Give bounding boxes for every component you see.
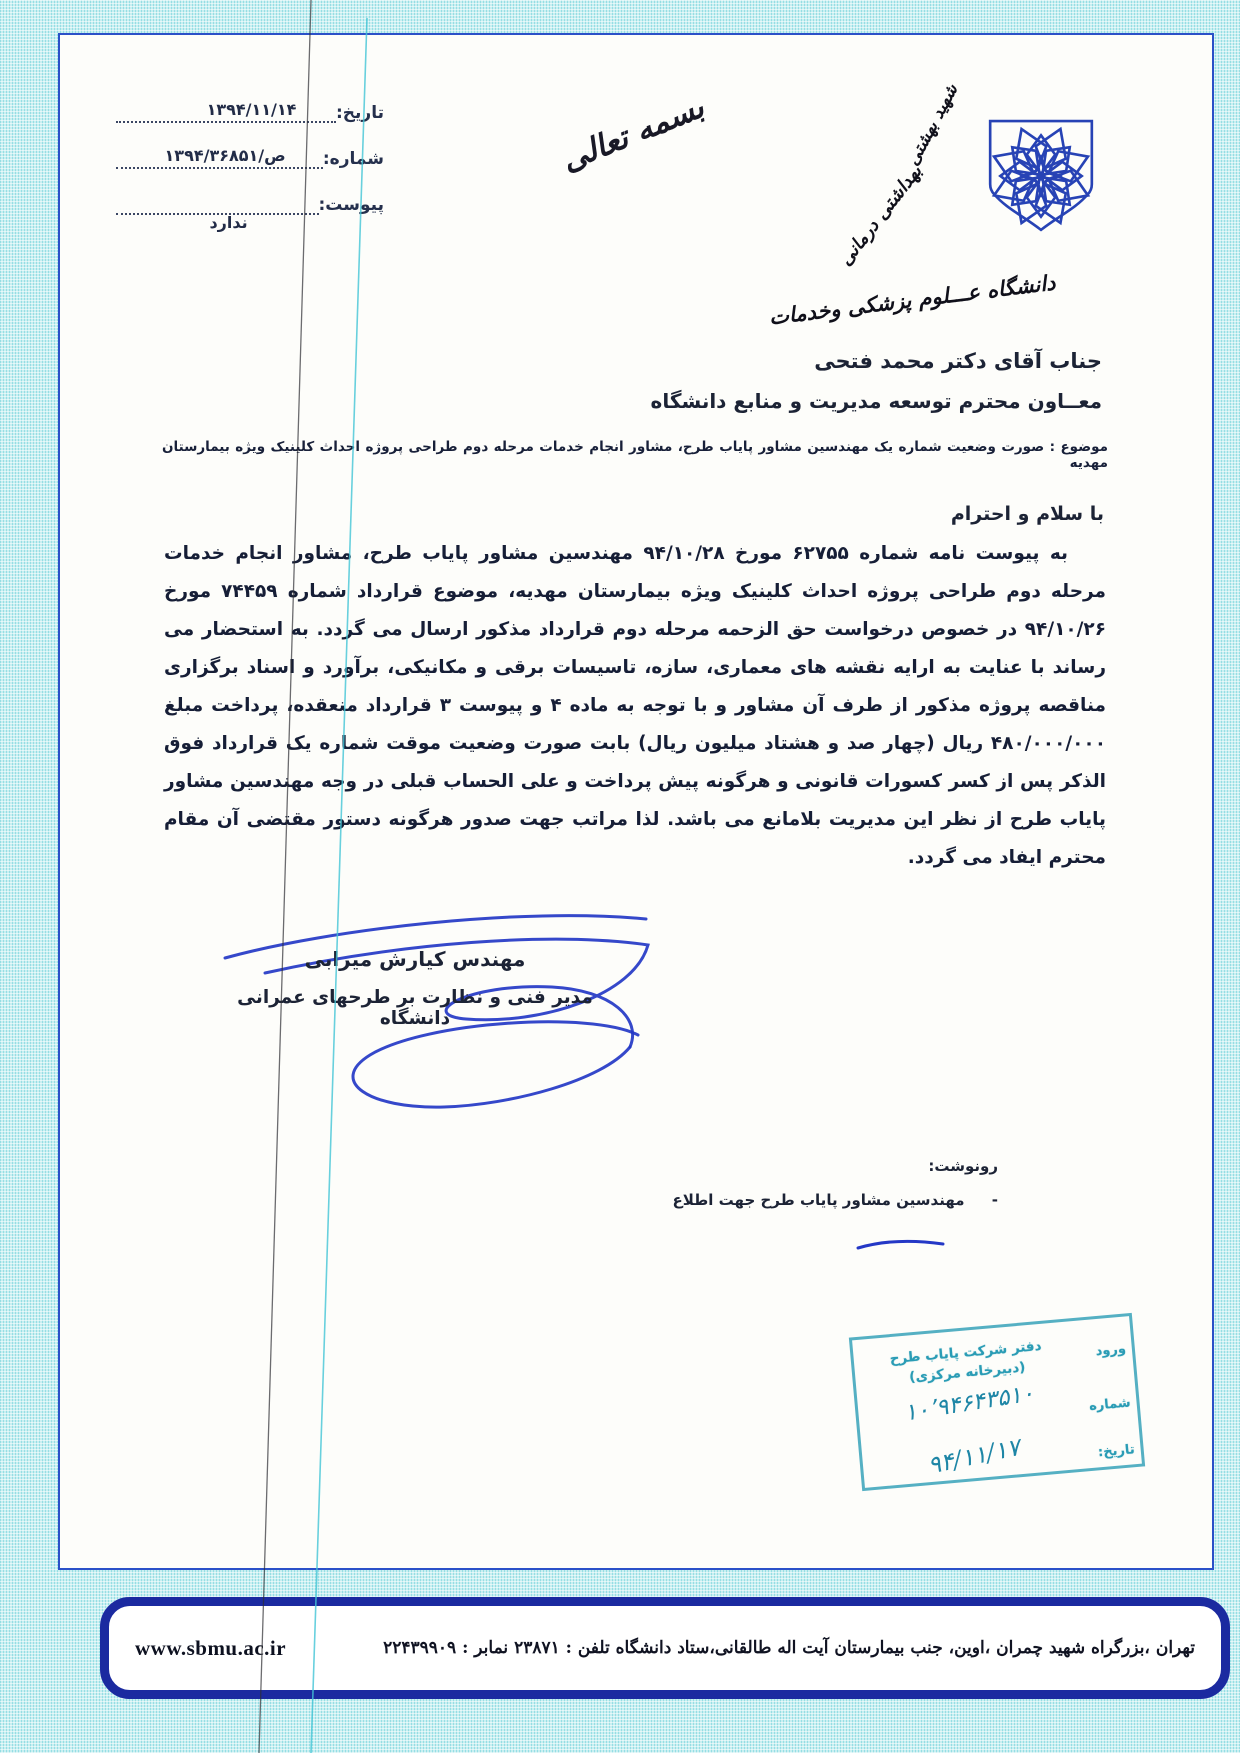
- number-value: ۱۳۹۴/ص/۳۶۸۵۱: [165, 146, 286, 165]
- attachment-label: پیوست:: [319, 195, 387, 215]
- cc-block: رونوشت: - مهندسین مشاور پایاب طرح جهت اط…: [673, 1157, 998, 1209]
- university-logo-block: دانشگاه عـــلوم پزشکی وخدمات بهداشتی درم…: [760, 75, 1180, 375]
- recipient-name: جناب آقای دکتر محمد فتحی: [651, 341, 1102, 381]
- signer-name: مهندس کیارش میرابی: [215, 947, 615, 971]
- attachment-value: ندارد: [209, 213, 247, 232]
- cc-item: - مهندسین مشاور پایاب طرح جهت اطلاع: [673, 1191, 998, 1209]
- signer-title: مدیر فنی و نظارت بر طرحهای عمرانی دانشگا…: [215, 987, 615, 1029]
- footer-address-bar: تهران ،بزرگراه شهید چمران ،اوین، جنب بیم…: [100, 1597, 1230, 1699]
- besmellah-calligraphy: بسمه تعالی: [515, 90, 755, 220]
- cc-label: رونوشت:: [673, 1157, 998, 1175]
- university-name-top: شهید بهشتی: [903, 81, 962, 169]
- number-dotted-line: ۱۳۹۴/ص/۳۶۸۵۱: [116, 123, 323, 169]
- letterhead-meta-box: تاریخ: ۱۳۹۴/۱۱/۱۴ شماره: ۱۳۹۴/ص/۳۶۸۵۱ پی…: [110, 77, 386, 215]
- pen-underline-mark: [855, 1235, 947, 1255]
- letter-body: به پیوست نامه شماره ۶۲۷۵۵ مورخ ۹۴/۱۰/۲۸ …: [164, 535, 1106, 877]
- salutation: با سلام و احترام: [951, 503, 1104, 525]
- date-label: تاریخ:: [336, 103, 386, 123]
- university-logo-flower-icon: [978, 115, 1104, 237]
- recipient-block: جناب آقای دکتر محمد فتحی معــاون محترم ت…: [651, 341, 1102, 421]
- date-dotted-line: ۱۳۹۴/۱۱/۱۴: [116, 77, 336, 123]
- scanned-letter-page: { "header_box": { "date_label": "تاریخ:"…: [0, 0, 1240, 1753]
- letter-paper: تاریخ: ۱۳۹۴/۱۱/۱۴ شماره: ۱۳۹۴/ص/۳۶۸۵۱ پی…: [58, 33, 1214, 1570]
- cc-bullet: -: [992, 1191, 998, 1209]
- footer-address: تهران ،بزرگراه شهید چمران ،اوین، جنب بیم…: [383, 1638, 1195, 1658]
- attachment-dotted-line: ندارد: [116, 169, 319, 215]
- stamp-number-label: شماره: [1076, 1395, 1131, 1415]
- subject-line: موضوع : صورت وضعیت شماره یک مهندسین مشاو…: [162, 439, 1108, 471]
- stamp-date-label: تاریخ:: [1080, 1442, 1135, 1462]
- besmellah-text: بسمه تعالی: [557, 89, 710, 179]
- footer-website: www.sbmu.ac.ir: [135, 1636, 286, 1661]
- number-label: شماره:: [323, 149, 386, 169]
- university-name-bottom: دانشگاه عـــلوم پزشکی وخدمات: [768, 270, 1057, 330]
- stamp-entry-label: ورود: [1071, 1341, 1126, 1361]
- receipt-stamp: ورود دفتر شرکت پایاب طرح (دبیرخانه مرکزی…: [849, 1313, 1145, 1491]
- signature-block: مهندس کیارش میرابی مدیر فنی و نظارت بر ط…: [215, 947, 615, 1029]
- recipient-title: معــاون محترم توسعه مدیریت و منابع دانشگ…: [651, 381, 1102, 421]
- date-value: ۱۳۹۴/۱۱/۱۴: [207, 100, 297, 119]
- number-row: شماره: ۱۳۹۴/ص/۳۶۸۵۱: [110, 123, 386, 169]
- attachment-row: پیوست: ندارد: [110, 169, 386, 215]
- date-row: تاریخ: ۱۳۹۴/۱۱/۱۴: [110, 77, 386, 123]
- university-name-mid: بهداشتی درمانی: [835, 161, 926, 270]
- cc-item-text: مهندسین مشاور پایاب طرح جهت اطلاع: [673, 1191, 965, 1209]
